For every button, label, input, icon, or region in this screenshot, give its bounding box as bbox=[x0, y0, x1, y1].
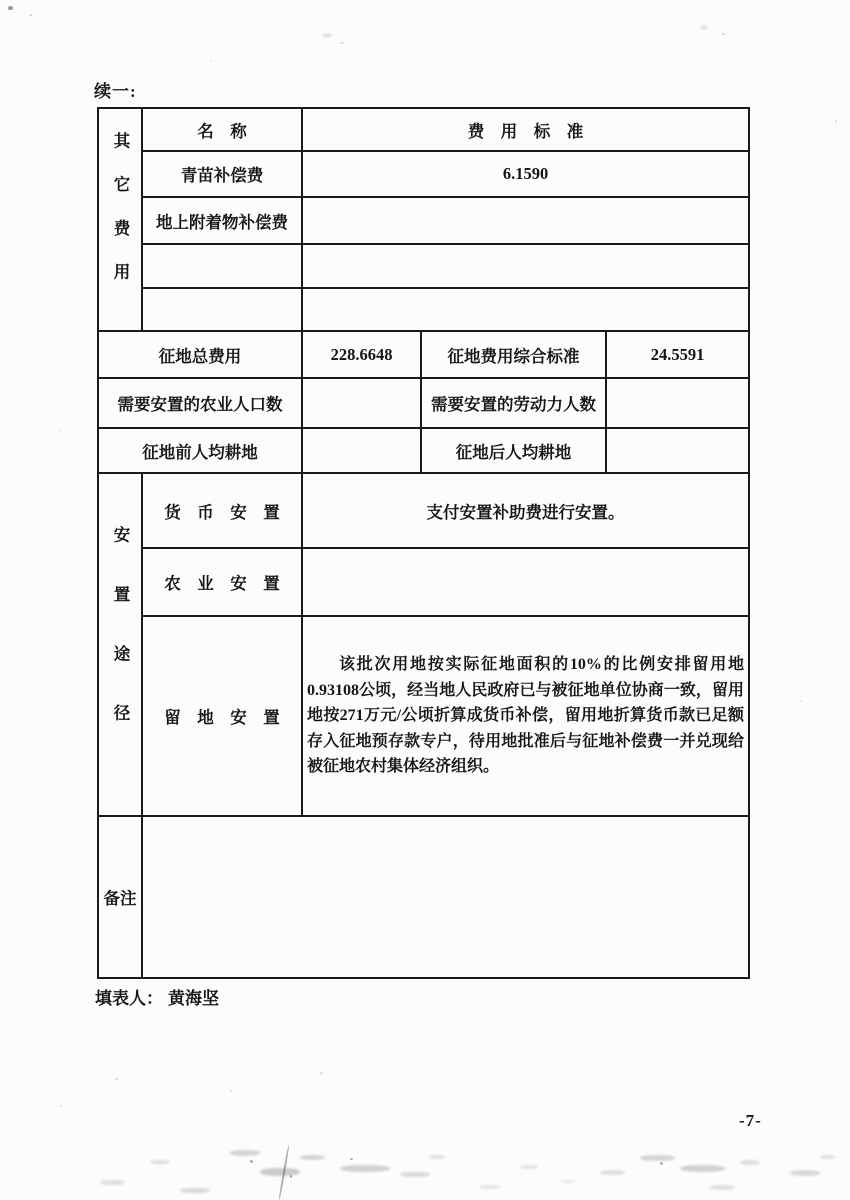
table-row: 安置途径 货 币 安 置 支付安置补助费进行安置。 bbox=[98, 473, 749, 548]
summary-value-cell: 228.6648 bbox=[302, 331, 421, 378]
noise-speckle bbox=[340, 1165, 390, 1172]
fee-name-cell bbox=[142, 244, 302, 288]
noise-speckle bbox=[480, 1185, 500, 1189]
noise-speckle bbox=[230, 1150, 260, 1156]
noise-speckle bbox=[340, 42, 344, 44]
fee-value-cell bbox=[302, 288, 749, 331]
table-row: 备注 bbox=[98, 816, 749, 978]
summary-label-cell: 需要安置的劳动力人数 bbox=[421, 378, 606, 428]
table-row bbox=[98, 288, 749, 331]
noise-speckle bbox=[30, 14, 32, 16]
summary-value-cell bbox=[606, 378, 749, 428]
noise-speckle bbox=[520, 1165, 538, 1169]
table-row: 地上附着物补偿费 bbox=[98, 197, 749, 244]
noise-speckle bbox=[260, 1168, 300, 1176]
table-row: 留 地 安 置 该批次用地按实际征地面积的10%的比例安排留用地0.93108公… bbox=[98, 616, 749, 816]
noise-speckle bbox=[115, 1078, 118, 1080]
table-row: 农 业 安 置 bbox=[98, 548, 749, 616]
noise-speckle bbox=[680, 1165, 725, 1172]
noise-speckle bbox=[180, 1188, 210, 1193]
noise-speckle bbox=[820, 1155, 835, 1159]
noise-speckle bbox=[430, 1155, 445, 1159]
noise-speckle bbox=[710, 1185, 735, 1190]
summary-value-cell: 24.5591 bbox=[606, 331, 749, 378]
noise-speckle bbox=[320, 1072, 323, 1074]
resettlement-type-cell: 货 币 安 置 bbox=[142, 473, 302, 548]
summary-label-cell: 征地前人均耕地 bbox=[98, 428, 302, 473]
noise-speckle bbox=[700, 26, 708, 29]
noise-speckle bbox=[100, 1180, 125, 1185]
noise-speckle bbox=[290, 1175, 292, 1178]
noise-speckle bbox=[230, 1090, 232, 1092]
noise-speckle bbox=[150, 1160, 170, 1164]
noise-speckle bbox=[560, 1180, 575, 1183]
noise-speckle bbox=[60, 1105, 62, 1107]
summary-label-cell: 需要安置的农业人口数 bbox=[98, 378, 302, 428]
fee-value-cell: 6.1590 bbox=[302, 151, 749, 197]
summary-value-cell bbox=[302, 378, 421, 428]
noise-speckle bbox=[300, 1155, 325, 1160]
table-row: 其它费用 名 称 费 用 标 准 bbox=[98, 108, 749, 151]
resettlement-type-cell: 农 业 安 置 bbox=[142, 548, 302, 616]
land-expropriation-fee-table: 其它费用 名 称 费 用 标 准 青苗补偿费 6.1590 地上附着物补偿费 bbox=[97, 107, 750, 979]
summary-label-cell: 征地费用综合标准 bbox=[421, 331, 606, 378]
scanned-form-page: 续一: 其它费用 名 称 费 用 标 准 青苗补偿费 6.1590 地上附着物补… bbox=[0, 0, 850, 1200]
resettlement-type-cell: 留 地 安 置 bbox=[142, 616, 302, 816]
noise-speckle bbox=[322, 34, 332, 37]
noise-speckle bbox=[250, 1160, 253, 1163]
noise-speckle bbox=[740, 1160, 760, 1165]
fee-value-cell bbox=[302, 244, 749, 288]
summary-label-cell: 征地后人均耕地 bbox=[421, 428, 606, 473]
continuation-label: 续一: bbox=[94, 77, 137, 102]
table-row: 需要安置的农业人口数 需要安置的劳动力人数 bbox=[98, 378, 749, 428]
table-row: 征地前人均耕地 征地后人均耕地 bbox=[98, 428, 749, 473]
noise-speckle bbox=[790, 1170, 820, 1176]
noise-speckle bbox=[350, 1158, 353, 1160]
noise-speckle bbox=[640, 1155, 675, 1161]
fee-value-cell bbox=[302, 197, 749, 244]
page-number: -7- bbox=[739, 1111, 762, 1131]
table-row bbox=[98, 244, 749, 288]
noise-speckle bbox=[8, 6, 13, 10]
retained-land-paragraph: 该批次用地按实际征地面积的10%的比例安排留用地0.93108公顷，经当地人民政… bbox=[307, 652, 744, 780]
table-row: 征地总费用 228.6648 征地费用综合标准 24.5591 bbox=[98, 331, 749, 378]
header-name-cell: 名 称 bbox=[142, 108, 302, 151]
noise-speckle bbox=[722, 33, 725, 35]
form-filler-label: 填表人： bbox=[95, 989, 163, 1008]
noise-speckle bbox=[278, 1145, 290, 1200]
summary-value-cell bbox=[302, 428, 421, 473]
fee-name-cell bbox=[142, 288, 302, 331]
noise-speckle bbox=[210, 60, 212, 62]
resettlement-content-cell: 该批次用地按实际征地面积的10%的比例安排留用地0.93108公顷，经当地人民政… bbox=[302, 616, 749, 816]
resettlement-content-cell: 支付安置补助费进行安置。 bbox=[302, 473, 749, 548]
noise-speckle bbox=[600, 1170, 625, 1175]
fee-name-cell: 青苗补偿费 bbox=[142, 151, 302, 197]
summary-label-cell: 征地总费用 bbox=[98, 331, 302, 378]
resettlement-content-cell bbox=[302, 548, 749, 616]
form-filler-line: 填表人：黄海坚 bbox=[95, 984, 219, 1009]
section-label-other-fees: 其它费用 bbox=[98, 108, 142, 331]
noise-speckle bbox=[660, 1162, 663, 1165]
noise-speckle bbox=[60, 430, 62, 432]
noise-speckle bbox=[400, 1172, 430, 1177]
summary-value-cell bbox=[606, 428, 749, 473]
remarks-content-cell bbox=[142, 816, 749, 978]
header-fee-standard-cell: 费 用 标 准 bbox=[302, 108, 749, 151]
section-label-resettlement: 安置途径 bbox=[98, 473, 142, 816]
table-row: 青苗补偿费 6.1590 bbox=[98, 151, 749, 197]
form-filler-name: 黄海坚 bbox=[168, 989, 219, 1008]
noise-speckle bbox=[835, 120, 837, 123]
fee-name-cell: 地上附着物补偿费 bbox=[142, 197, 302, 244]
noise-speckle bbox=[800, 700, 802, 702]
remarks-label-cell: 备注 bbox=[98, 816, 142, 978]
